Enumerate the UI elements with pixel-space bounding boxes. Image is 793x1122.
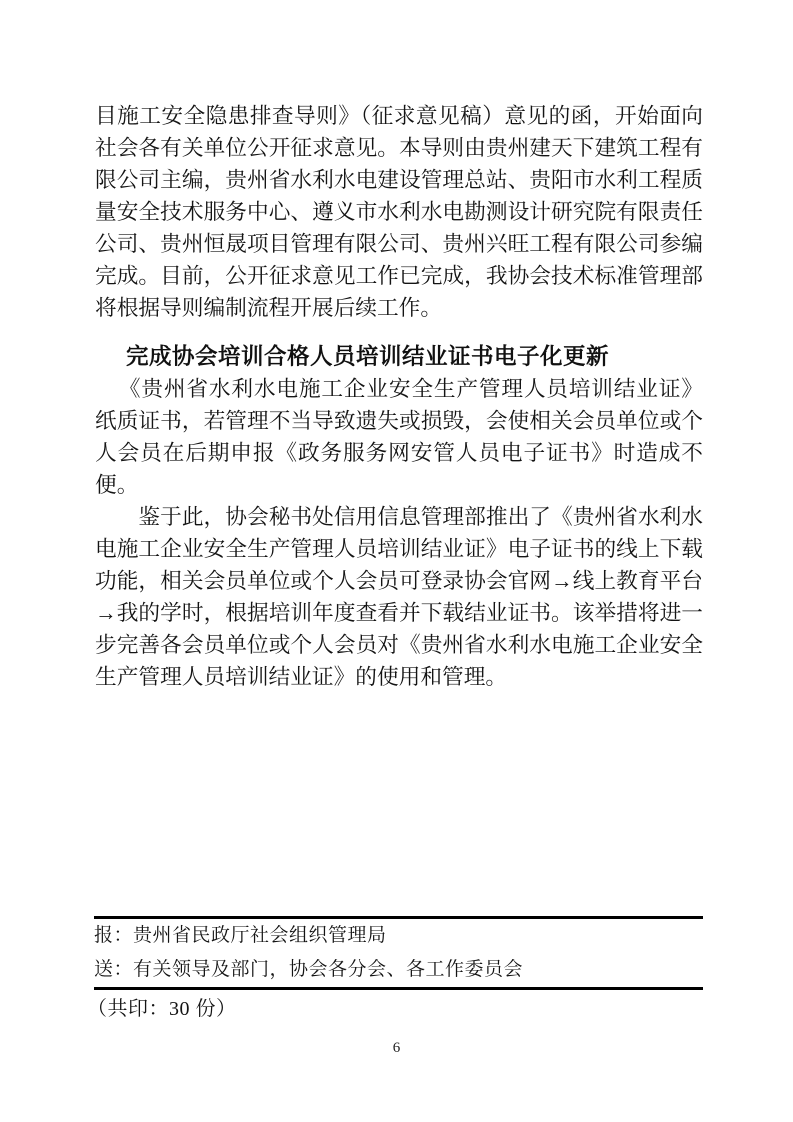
distribution-block: 报：贵州省民政厅社会组织管理局 送：有关领导及部门，协会各分会、各工作委员会 xyxy=(94,916,703,990)
paragraph-continuation: 目施工安全隐患排查导则》（征求意见稿）意见的函，开始面向社会各有关单位公开征求意… xyxy=(95,100,703,324)
report-to-line: 报：贵州省民政厅社会组织管理局 xyxy=(94,919,703,953)
section-heading: 完成协会培训合格人员培训结业证书电子化更新 xyxy=(126,341,703,373)
document-body: 目施工安全隐患排查导则》（征求意见稿）意见的函，开始面向社会各有关单位公开征求意… xyxy=(95,0,703,693)
print-count: （共印：30 份） xyxy=(87,994,237,1024)
send-to-line: 送：有关领导及部门，协会各分会、各工作委员会 xyxy=(94,953,703,987)
document-page: 目施工安全隐患排查导则》（征求意见稿）意见的函，开始面向社会各有关单位公开征求意… xyxy=(0,0,793,1122)
paragraph-certificate-paper: 《贵州省水利水电施工企业安全生产管理人员培训结业证》纸质证书，若管理不当导致遗失… xyxy=(95,373,703,501)
page-number: 6 xyxy=(0,1039,793,1057)
paragraph-certificate-online: 鉴于此，协会秘书处信用信息管理部推出了《贵州省水利水电施工企业安全生产管理人员培… xyxy=(95,501,703,693)
separator-rule-bottom xyxy=(94,987,703,990)
